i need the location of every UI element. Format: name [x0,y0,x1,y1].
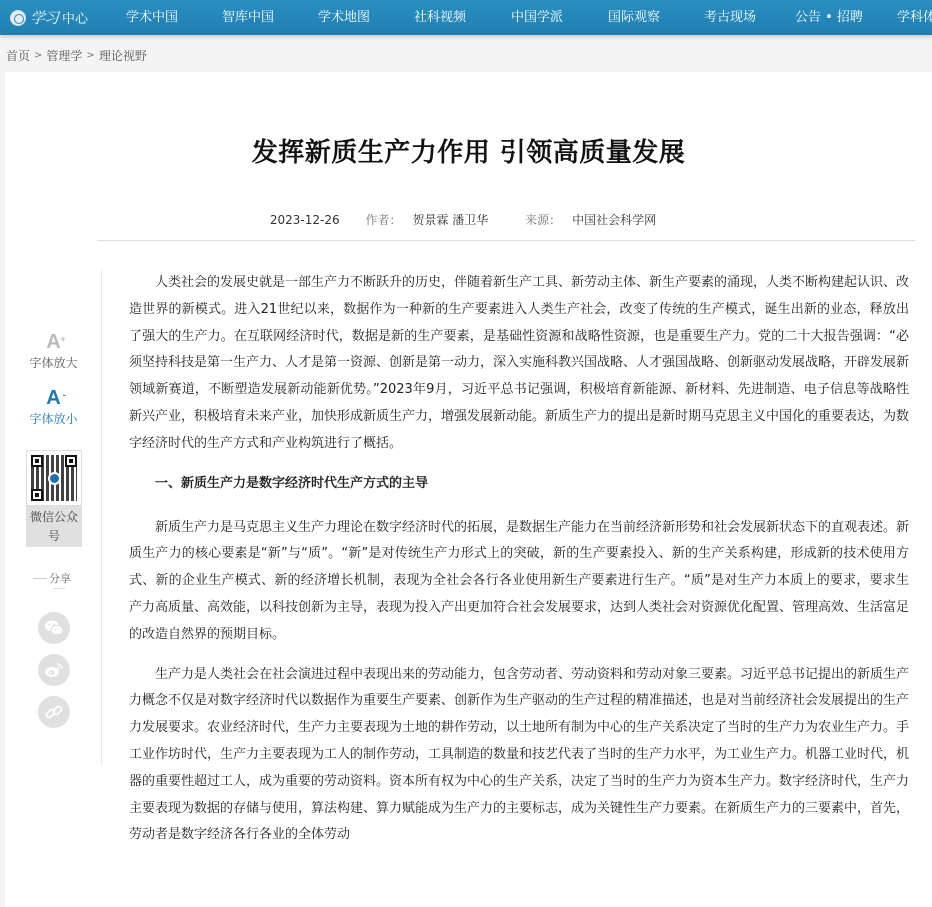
article-paragraph: 生产力是人类社会在社会演进过程中表现出来的劳动能力，包含劳动者、劳动资料和劳动对… [129,662,909,850]
font-decrease-label: 字体放小 [5,410,102,427]
breadcrumb: 首页 > 管理学 > 理论视野 [6,47,147,64]
nav-item-xueshu-ditu[interactable]: 学术地图 [318,0,370,35]
title-divider [97,240,915,241]
font-increase-icon: A+ [46,332,60,352]
section-heading: 一、新质生产力是数字经济时代生产方式的主导 [129,471,909,497]
globe-logo-icon [10,10,26,26]
nav-item-zhongguo-xuepai[interactable]: 中国学派 [511,0,563,35]
logo-script-text: 学习 [30,7,58,28]
nav-item-kaogu-xianchang[interactable]: 考古现场 [704,0,756,35]
breadcrumb-separator: > [86,50,94,61]
weibo-icon [44,661,64,679]
article-meta: 2023-12-26 作者：贺景霖 潘卫华 来源：中国社会科学网 [5,211,932,228]
author-label: 作者： [365,213,401,227]
breadcrumb-separator: > [34,50,42,61]
link-icon [45,703,63,721]
breadcrumb-home[interactable]: 首页 [6,47,30,64]
qr-center-logo-icon [48,472,61,485]
qr-code-image [26,450,82,506]
article-paragraph: 人类社会的发展史就是一部生产力不断跃升的历史，伴随着新生产工具、新劳动主体、新生… [129,270,909,458]
source-label: 来源： [525,213,561,227]
wechat-share-button[interactable] [38,612,70,644]
site-logo[interactable]: 学习 中心 [10,0,88,35]
top-navigation-bar: 学习 中心 学术中国 智库中国 学术地图 社科视频 中国学派 国际观察 考古现场… [0,0,932,35]
article-side-tools: A+ 字体放大 A- 字体放小 微信公众号 分享 [5,270,102,765]
share-heading: 分享 [33,570,71,586]
qr-finder-icon [65,455,77,467]
weibo-share-button[interactable] [38,654,70,686]
nav-item-zhiku-zhongguo[interactable]: 智库中国 [222,0,274,35]
logo-text: 中心 [62,8,88,27]
share-divider [53,588,65,589]
wechat-qr-block[interactable]: 微信公众号 [26,450,82,547]
article-author: 作者：贺景霖 潘卫华 [365,213,499,227]
nav-item-xueke-tixi[interactable]: 学科体 [897,0,932,35]
article-date: 2023-12-26 [270,213,340,227]
qr-finder-icon [31,489,43,501]
nav-item-sheke-shipin[interactable]: 社科视频 [414,0,466,35]
qr-finder-icon [31,455,43,467]
article-paragraph: 新质生产力是马克思主义生产力理论在数字经济时代的拓展，是数据生产能力在当前经济新… [129,515,909,649]
font-increase-button[interactable]: A+ 字体放大 [5,332,102,371]
font-decrease-button[interactable]: A- 字体放小 [5,388,102,427]
copy-link-button[interactable] [38,696,70,728]
nav-item-xueshu-zhongguo[interactable]: 学术中国 [126,0,178,35]
font-decrease-icon: A- [46,388,60,408]
article-title: 发挥新质生产力作用 引领高质量发展 [5,132,932,169]
font-increase-label: 字体放大 [5,354,102,371]
breadcrumb-management[interactable]: 管理学 [46,47,82,64]
article-body: 人类社会的发展史就是一部生产力不断跃升的历史，伴随着新生产工具、新劳动主体、新生… [129,270,909,862]
author-name: 贺景霖 潘卫华 [412,213,488,227]
nav-item-guoji-guancha[interactable]: 国际观察 [608,0,660,35]
article-panel: 发挥新质生产力作用 引领高质量发展 2023-12-26 作者：贺景霖 潘卫华 … [5,72,932,907]
breadcrumb-theory[interactable]: 理论视野 [99,47,147,64]
nav-item-gonggao-zhaopin[interactable]: 公告 • 招聘 [795,0,863,35]
wechat-icon [44,619,64,637]
article-source: 来源：中国社会科学网 [525,213,667,227]
source-name: 中国社会科学网 [572,213,656,227]
wechat-official-account-label: 微信公众号 [26,506,82,546]
